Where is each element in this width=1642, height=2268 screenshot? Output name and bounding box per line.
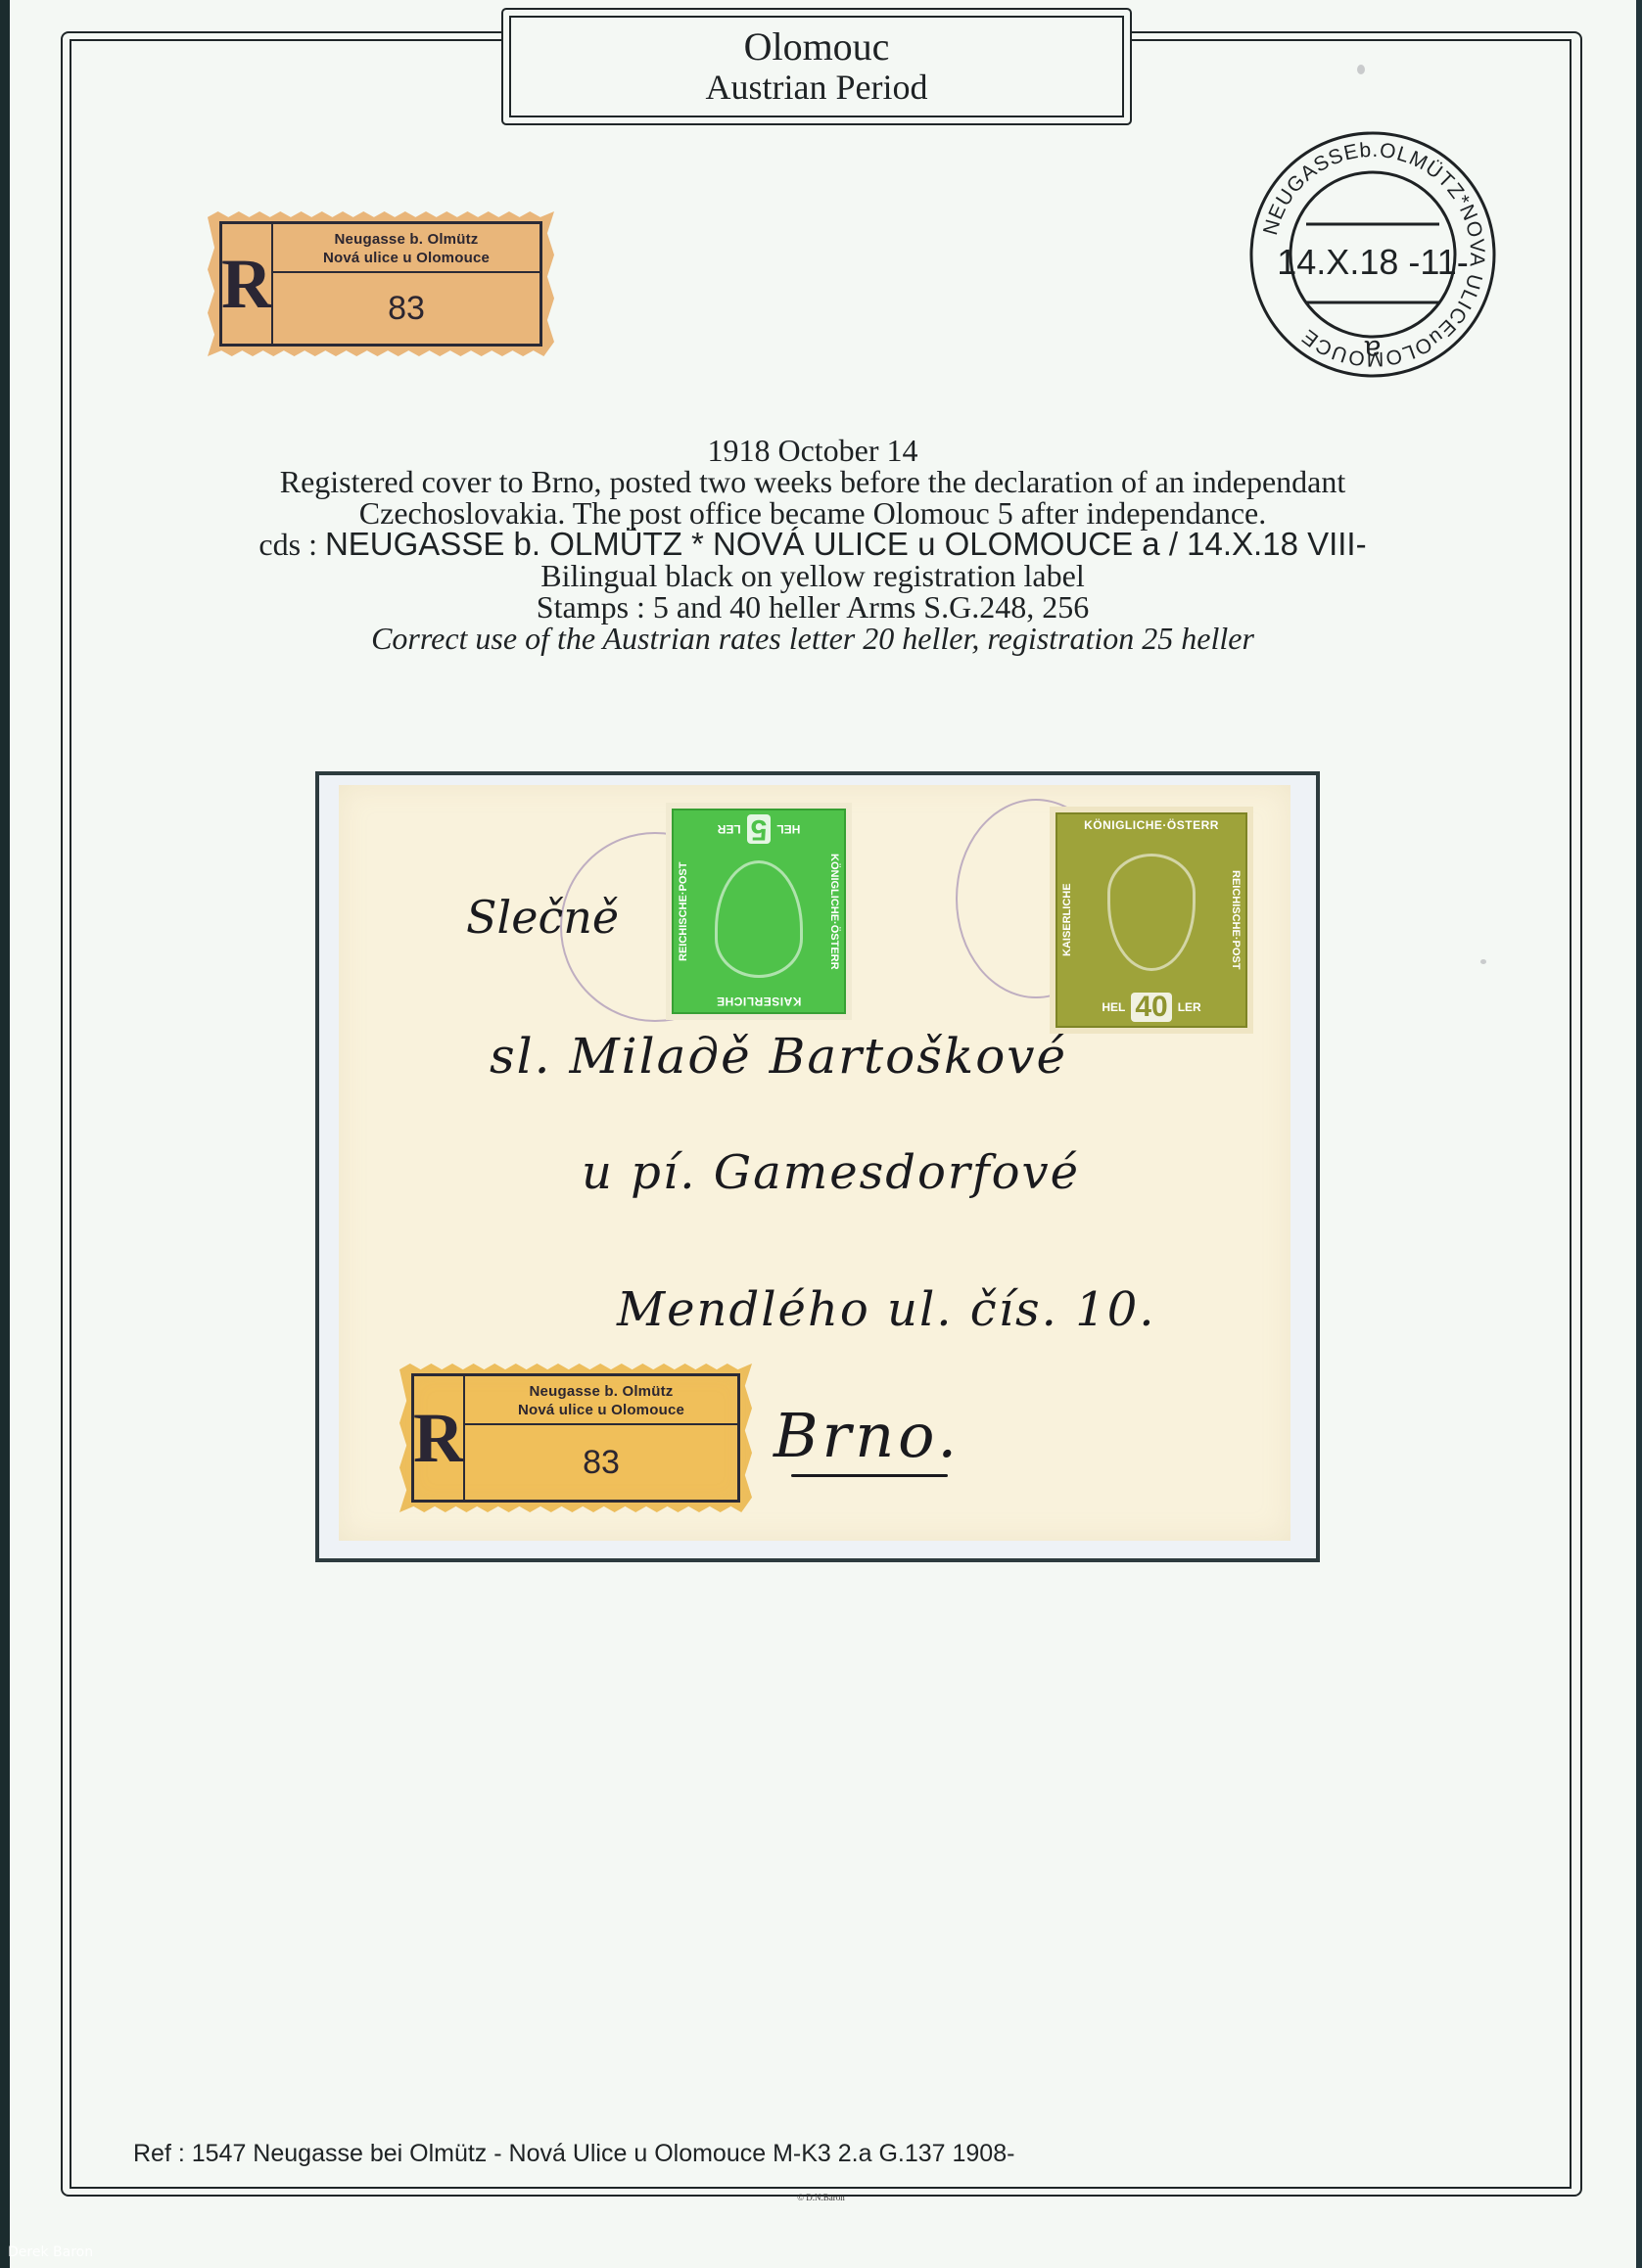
cover-date: 1918 October 14 [98, 435, 1527, 466]
coat-of-arms-icon [1107, 854, 1196, 971]
cds-label: cds : [258, 527, 325, 562]
office-name-german: Neugasse b. Olmütz [275, 230, 538, 249]
address-street: Mendlého ul. čís. 10. [617, 1282, 1156, 1337]
registration-number: 83 [465, 1425, 737, 1500]
stamp-inscription-left: KÖNIGLICHE·ÖSTERR [826, 850, 842, 973]
cds-line: cds : NEUGASSE b. OLMÜTZ * NOVÁ ULICE u … [98, 529, 1527, 560]
stamp-inscription-right: REICHISCHE·POST [676, 850, 691, 973]
postmark-illustration: NEUGASSEb.OLMÜTZ*NOVA ULICEuOLOMOUCE 14.… [1245, 127, 1500, 382]
description-line-2: Czechoslovakia. The post office became O… [98, 497, 1527, 529]
address-city: Brno. [774, 1400, 961, 1471]
stamp-inscription-right: REICHISCHE·POST [1228, 854, 1243, 987]
stamp-40-heller: KÖNIGLICHE·ÖSTERR KAISERLICHE REICHISCHE… [1050, 807, 1253, 1034]
stamp-denomination-prefix: HEL [776, 822, 800, 836]
scan-edge-right [1636, 0, 1642, 2268]
stamp-denomination-suffix: LER [1178, 1000, 1201, 1014]
stamps-note: Stamps : 5 and 40 heller Arms S.G.248, 2… [98, 591, 1527, 623]
registration-office-name: Neugasse b. Olmütz Nová ulice u Olomouce [465, 1376, 737, 1425]
reference-note: Ref : 1547 Neugasse bei Olmütz - Nová Ul… [133, 2140, 1014, 2168]
office-name-czech: Nová ulice u Olomouce [275, 249, 538, 267]
stamp-value: 40 [1131, 993, 1171, 1022]
office-name-german: Neugasse b. Olmütz [467, 1382, 735, 1401]
description-line-1: Registered cover to Brno, posted two wee… [98, 466, 1527, 497]
registration-r-letter: R [222, 224, 273, 344]
registration-label-on-cover: R Neugasse b. Olmütz Nová ulice u Olomou… [399, 1364, 752, 1512]
rates-note: Correct use of the Austrian rates letter… [98, 623, 1527, 654]
address-care-of: u pí. Gamesdorfové [582, 1145, 1080, 1200]
registration-number: 83 [273, 273, 540, 344]
address-name: sl. Milадě Bartoškové [490, 1028, 1067, 1085]
description-block: 1918 October 14 Registered cover to Brno… [98, 435, 1527, 654]
copyright-note: © D.N.Baron [0, 2193, 1642, 2202]
address-salutation: Slečně [466, 891, 619, 944]
scan-edge-left [0, 0, 10, 2268]
postmark-index-letter: a [1364, 334, 1381, 366]
stamp-5-heller: KAISERLICHE KÖNIGLICHE·ÖSTERR REICHISCHE… [666, 803, 852, 1020]
page-subtitle: Austrian Period [706, 68, 928, 107]
paper-speck [1357, 65, 1365, 74]
postmark-date: 14.X.18 -11- [1277, 242, 1468, 282]
page-title-box: Olomouc Austrian Period [501, 8, 1132, 125]
stamp-value: 5 [747, 814, 772, 844]
coat-of-arms-icon [715, 860, 803, 978]
cds-text: NEUGASSE b. OLMÜTZ * NOVÁ ULICE u OLOMOU… [325, 526, 1367, 562]
stamp-inscription-top: KAISERLICHE [717, 995, 802, 1012]
stamp-denomination-suffix: LER [718, 822, 741, 836]
page-title: Olomouc [744, 26, 890, 68]
city-underline [791, 1474, 948, 1477]
paper-speck [1480, 959, 1486, 964]
stamp-inscription-top: KÖNIGLICHE·ÖSTERR [1084, 814, 1219, 832]
registration-r-letter: R [414, 1376, 465, 1500]
registration-office-name: Neugasse b. Olmütz Nová ulice u Olomouce [273, 224, 540, 273]
watermark: Derek Baron [8, 2245, 93, 2260]
office-name-czech: Nová ulice u Olomouce [467, 1401, 735, 1419]
registration-label-illustration: R Neugasse b. Olmütz Nová ulice u Olomou… [208, 211, 554, 356]
label-note: Bilingual black on yellow registration l… [98, 560, 1527, 591]
stamp-denomination-prefix: HEL [1102, 1000, 1125, 1014]
stamp-inscription-left: KAISERLICHE [1059, 854, 1075, 987]
